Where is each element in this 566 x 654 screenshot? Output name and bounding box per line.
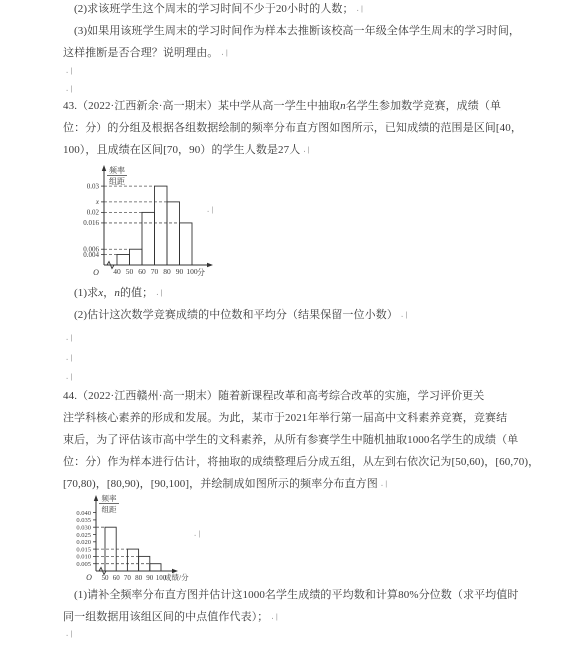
- x-tick-label: 80: [135, 574, 143, 582]
- histogram-bar: [155, 186, 168, 265]
- y-tick-label: 0.005: [76, 561, 91, 568]
- x-tick-label: 60: [113, 574, 121, 582]
- histogram-bar: [127, 549, 138, 571]
- paragraph-mark: .|: [65, 631, 74, 639]
- paragraph-mark: .|: [302, 147, 311, 155]
- text-line: 这样推断是否合理？说明理由。.|: [63, 47, 229, 61]
- histogram-bar: [150, 564, 161, 571]
- paragraph-mark: .|: [380, 481, 389, 489]
- y-axis-title-numerator: 频率: [102, 493, 117, 503]
- x-tick-label: 60: [138, 267, 146, 276]
- x-tick-label: 90: [146, 574, 154, 582]
- text-line: 同一组数据用该组区间的中点值作代表）；.|: [63, 611, 279, 625]
- x-tick-label: 90: [176, 267, 184, 276]
- origin-label: O: [93, 268, 99, 277]
- paragraph-mark: .|: [155, 290, 164, 298]
- y-tick-label: 0.010: [76, 554, 91, 561]
- x-axis-title: 成绩/分: [164, 572, 189, 582]
- y-axis-title-denominator: 组距: [109, 177, 125, 186]
- x-tick-label: 50: [126, 267, 134, 276]
- y-tick-label: 0.03: [87, 182, 100, 190]
- y-tick-label: x: [95, 198, 100, 206]
- text-line: (1)求x，n的值；.|: [74, 287, 164, 301]
- paragraph-mark: .|: [65, 355, 74, 363]
- paragraph-mark: .|: [220, 50, 229, 58]
- y-tick-label: 0.02: [87, 209, 100, 217]
- histogram-44-svg: 0.0400.0350.0300.0250.0200.0150.0100.005…: [60, 493, 292, 587]
- empty-line: .|: [63, 83, 74, 97]
- x-tick-label: 70: [124, 574, 131, 582]
- empty-line: .|: [63, 628, 74, 642]
- text-line: (3)如果用该班学生周末的学习时间作为样本去推断该校高一年级全体学生周末的学习时…: [74, 25, 520, 38]
- text-line: 44.（2022·江西赣州·高一期末）随着新课程改革和高考综合改革的实施，学习评…: [63, 390, 484, 403]
- histogram-bar: [142, 212, 155, 265]
- text-line: (2)估计这次数学竞赛成绩的中位数和平均分（结果保留一位小数）.|: [74, 309, 409, 323]
- histogram-bar: [180, 223, 193, 265]
- paragraph-mark: .|: [65, 335, 74, 343]
- empty-line: .|: [63, 371, 74, 385]
- empty-line: .|: [63, 332, 74, 346]
- empty-line: .|: [63, 65, 74, 79]
- text-line: 位：分）的分组及根据各组数据绘制的频率分布直方图如图所示，已知成绩的范围是区间[…: [63, 122, 522, 135]
- x-tick-label: 50: [102, 574, 110, 582]
- y-tick-label: 0.035: [76, 517, 91, 524]
- paragraph-mark: .|: [193, 531, 201, 539]
- paragraph-mark: .|: [400, 312, 409, 320]
- empty-line: .|: [63, 352, 74, 366]
- y-tick-label: 0.040: [76, 510, 91, 517]
- histogram-bar: [130, 249, 143, 265]
- histogram-43-figure: 0.03x0.020.0160.0060.004405060708090100O…: [60, 163, 272, 287]
- x-tick-label: 80: [163, 267, 171, 276]
- exam-document-page: (2)求该班学生这个周末的学习时间不少于20小时的人数；.|(3)如果用该班学生…: [0, 0, 566, 654]
- y-tick-label: 0.004: [83, 251, 99, 259]
- x-tick-label: 70: [151, 267, 159, 276]
- text-line: 100），且成绩在区间[70，90）的学生人数是27人.|: [63, 144, 311, 158]
- y-tick-label: 0.015: [76, 546, 91, 553]
- x-axis-title: 分: [197, 267, 205, 277]
- paragraph-mark: .|: [270, 614, 279, 622]
- x-tick-label: 40: [113, 267, 121, 276]
- y-axis-title-numerator: 频率: [109, 165, 125, 175]
- histogram-44-figure: 0.0400.0350.0300.0250.0200.0150.0100.005…: [60, 493, 292, 587]
- histogram-bar: [167, 202, 180, 265]
- text-line: 束后，为了评估该市高中学生的文科素养，从所有参赛学生中随机抽取1000名学生的成…: [63, 434, 518, 447]
- paragraph-mark: .|: [65, 68, 74, 76]
- y-tick-label: 0.016: [83, 219, 99, 227]
- y-axis-arrow: [102, 165, 106, 171]
- paragraph-mark: .|: [356, 6, 365, 14]
- text-line: [70,80)，[80,90)，[90,100]，并绘制成如图所示的频率分布直方…: [63, 478, 388, 492]
- y-tick-label: 0.030: [76, 525, 91, 532]
- y-axis-arrow: [94, 495, 98, 501]
- paragraph-mark: .|: [206, 207, 214, 215]
- text-line: (2)求该班学生这个周末的学习时间不少于20小时的人数；.|: [74, 3, 364, 17]
- text-line: 43.（2022·江西新余·高一期末）某中学从高一学生中抽取n名学生参加数学竞赛…: [63, 100, 501, 113]
- y-tick-label: 0.025: [76, 532, 91, 539]
- origin-label: O: [86, 573, 92, 582]
- y-axis-title-denominator: 组距: [102, 505, 117, 514]
- paragraph-mark: .|: [65, 374, 74, 382]
- x-axis-arrow: [207, 263, 213, 267]
- text-line: 注学科核心素养的形成和发展。为此，某市于2021年举行第一届高中文科素养竞赛，竞…: [63, 412, 507, 425]
- y-tick-label: 0.020: [76, 539, 91, 546]
- paragraph-mark: .|: [65, 86, 74, 94]
- text-line: 位：分）作为样本进行估计，将抽取的成绩整理后分成五组，从左到右依次记为[50,6…: [63, 456, 539, 469]
- histogram-bar: [117, 254, 130, 265]
- histogram-43-svg: 0.03x0.020.0160.0060.004405060708090100O…: [60, 163, 272, 287]
- text-line: (1)请补全频率分布直方图并估计这1000名学生成绩的平均数和计算80%分位数（…: [74, 589, 519, 602]
